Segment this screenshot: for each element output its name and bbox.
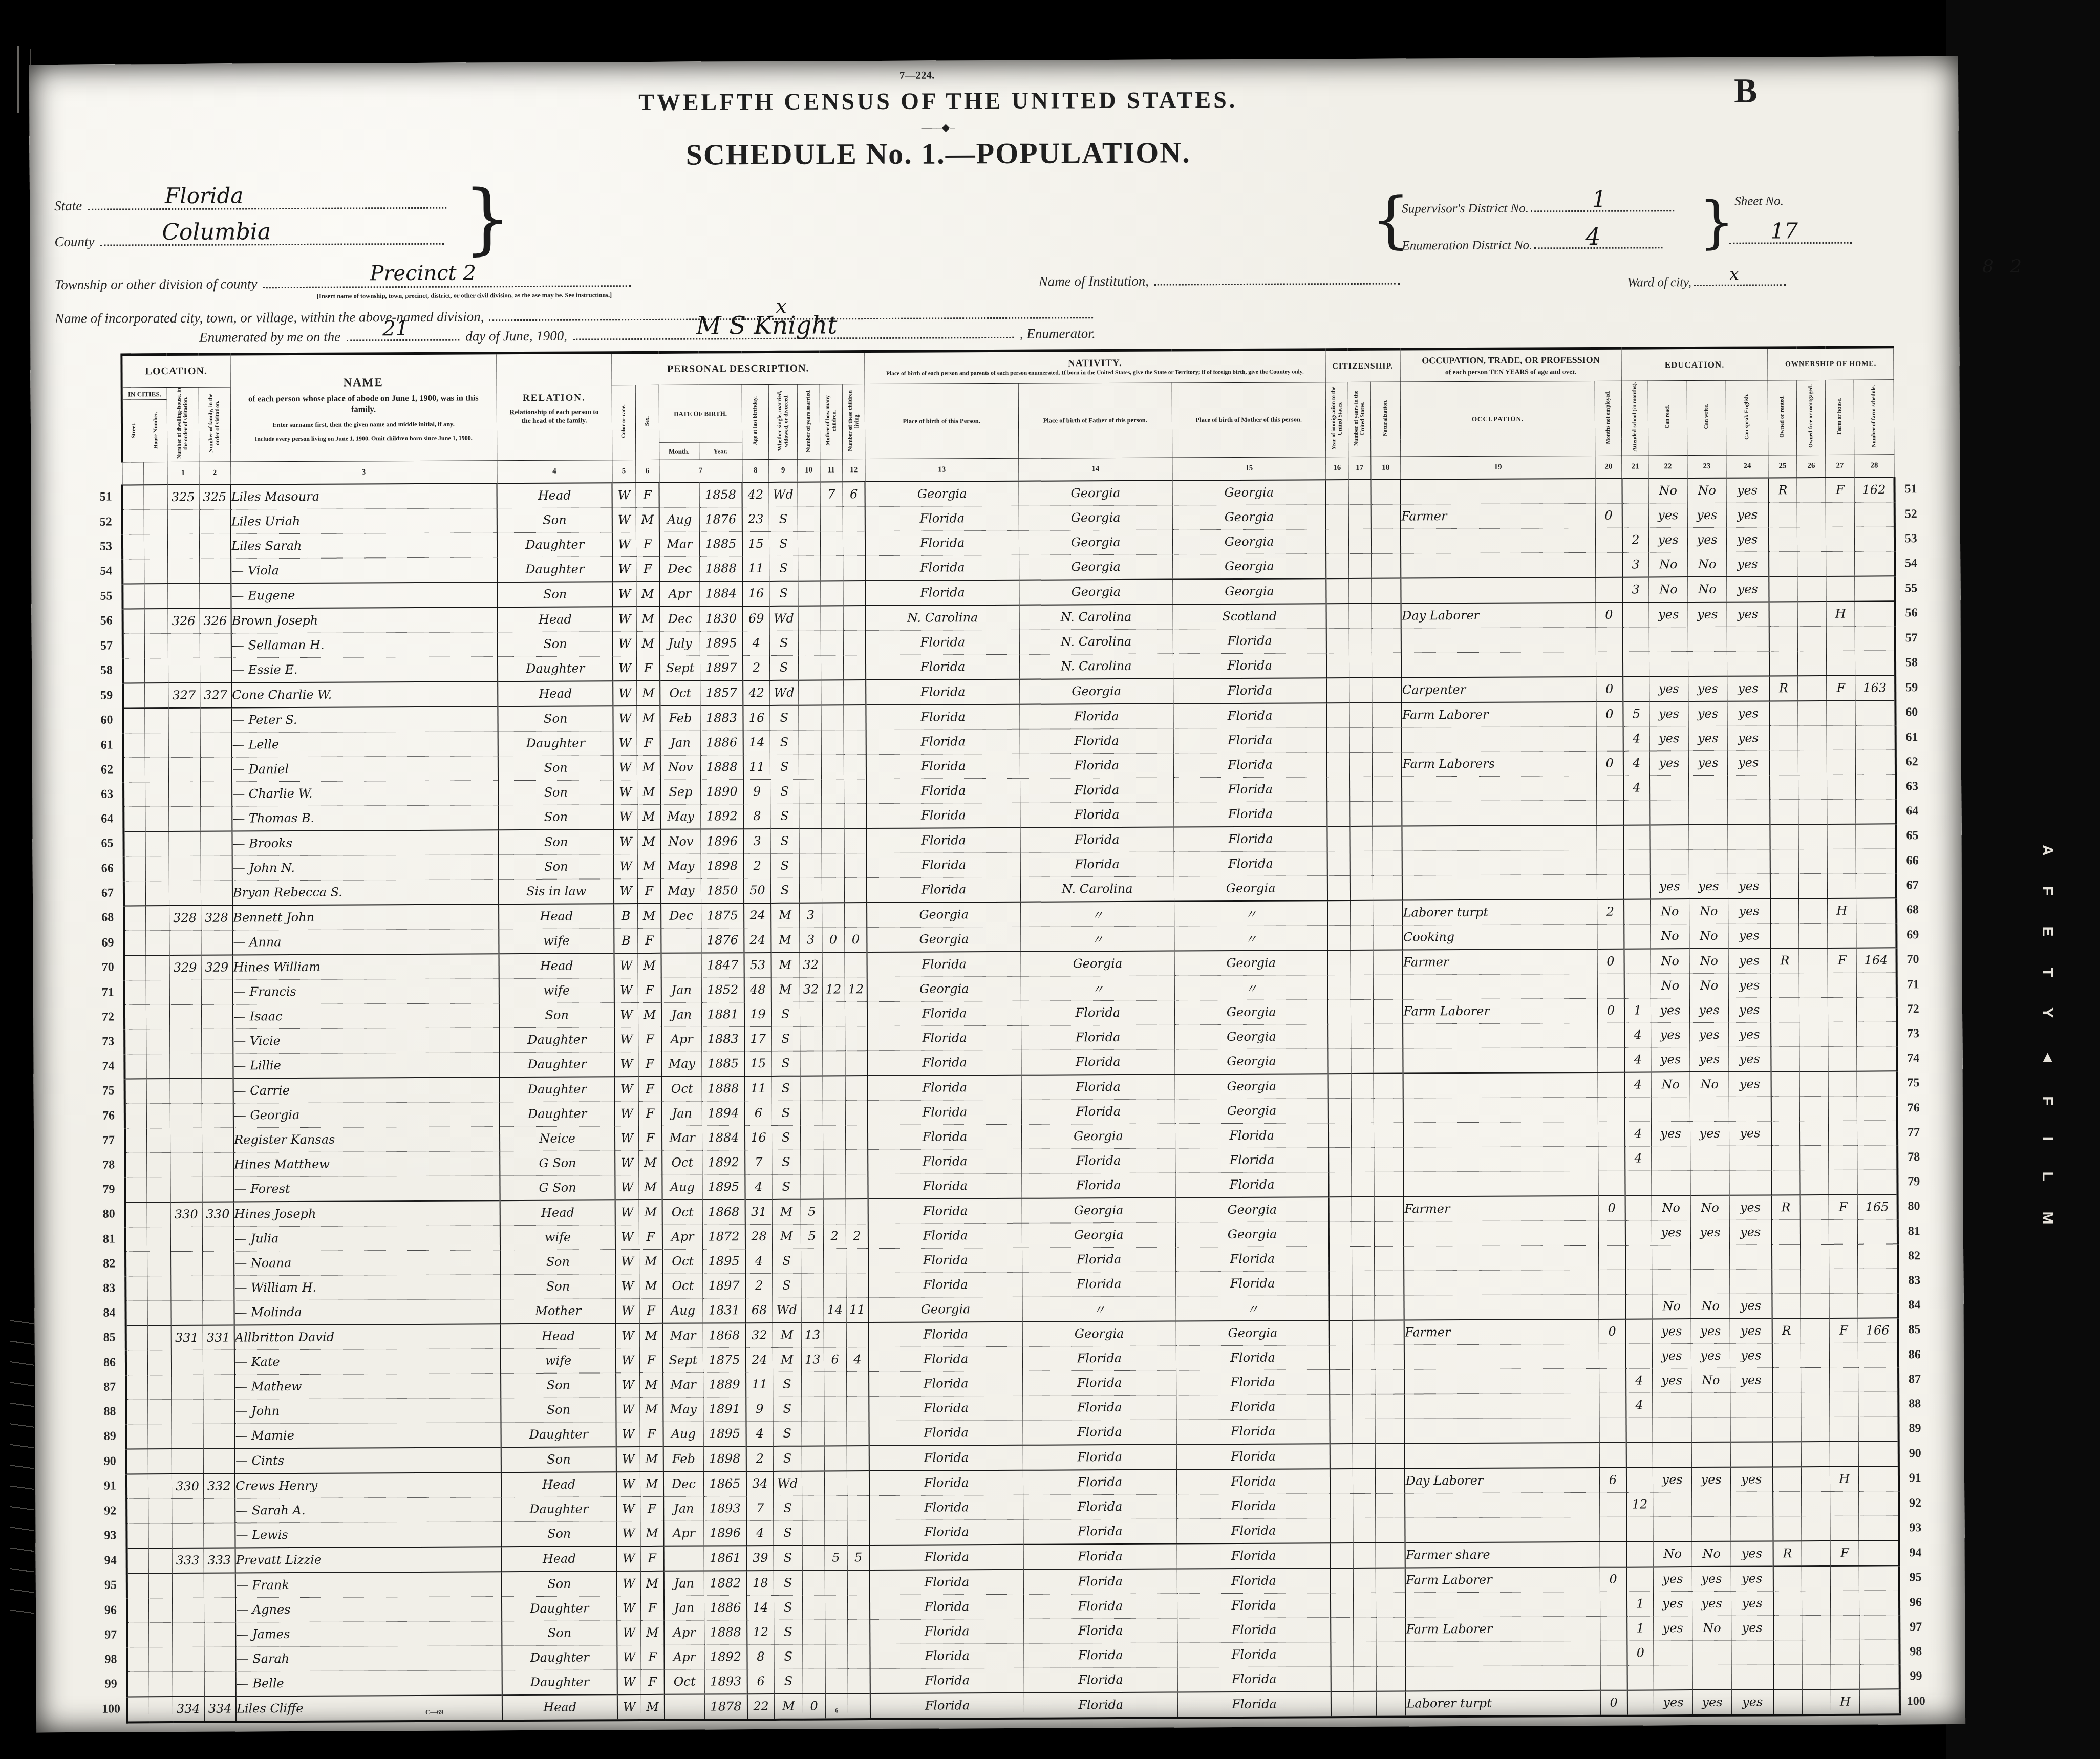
mother-birthplace: Georgia	[1176, 1320, 1330, 1346]
occupation-desc: of each person TEN YEARS of age and over…	[1400, 368, 1621, 377]
can-write	[1691, 1245, 1730, 1269]
occupation	[1402, 776, 1596, 801]
immigration-year	[1330, 1419, 1353, 1444]
immigration-year	[1328, 1048, 1351, 1074]
farm-house	[1828, 923, 1856, 948]
marital-status: S	[771, 1026, 800, 1051]
immigration-year	[1331, 1493, 1353, 1518]
naturalization	[1374, 1024, 1403, 1048]
can-read: No	[1653, 1541, 1692, 1567]
dwelling-number: 327	[168, 682, 200, 707]
immigration-year	[1331, 1642, 1354, 1666]
column-number: 23	[1687, 455, 1726, 478]
family-number: 330	[202, 1202, 234, 1227]
immigration-year	[1326, 553, 1349, 578]
row-number: 97	[95, 1622, 127, 1647]
can-read: yes	[1654, 1690, 1692, 1715]
can-speak-english: yes	[1727, 551, 1769, 576]
relation: Son	[497, 582, 612, 607]
sex: M	[636, 631, 660, 656]
family-number	[200, 831, 232, 856]
street	[125, 1251, 147, 1276]
age: 4	[747, 1520, 774, 1546]
father-birthplace: N. Carolina	[1020, 876, 1174, 902]
free-mortgaged	[1799, 1046, 1828, 1071]
months-not-employed	[1596, 627, 1622, 652]
immigration-year	[1327, 875, 1350, 900]
free-mortgaged	[1802, 1640, 1831, 1664]
row-number: 51	[1894, 477, 1926, 502]
person-name: Liles Masoura	[231, 483, 497, 509]
months-not-employed	[1598, 1171, 1625, 1196]
owned-rented	[1770, 873, 1798, 898]
dwelling-number	[171, 1375, 203, 1399]
mother-birthplace: Florida	[1176, 1493, 1330, 1518]
farm-house	[1826, 527, 1855, 551]
relation: Daughter	[500, 1077, 615, 1102]
owned-rented	[1771, 1219, 1800, 1244]
street	[125, 1202, 147, 1227]
mother-birthplace: Georgia	[1172, 553, 1326, 579]
row-number: 83	[1898, 1268, 1930, 1293]
street	[126, 1399, 147, 1424]
row-number: 100	[96, 1697, 127, 1722]
row-number: 60	[1895, 700, 1927, 725]
mother-birthplace: Georgia	[1175, 1074, 1328, 1099]
color: W	[616, 1298, 639, 1323]
owned-rented	[1772, 1392, 1801, 1417]
can-write: yes	[1688, 602, 1727, 627]
relation: G Son	[500, 1175, 615, 1200]
row-number: 88	[1898, 1391, 1931, 1416]
can-speak-english: yes	[1730, 1367, 1772, 1392]
sex: M	[636, 581, 660, 606]
can-speak-english	[1730, 1417, 1772, 1442]
years-in-us	[1353, 1518, 1376, 1543]
relation: Daughter	[499, 1027, 614, 1052]
age: 42	[743, 680, 769, 705]
relation: Head	[497, 483, 612, 508]
family-number: 334	[204, 1696, 236, 1722]
age: 11	[745, 1076, 772, 1101]
marital-status: S	[770, 730, 799, 755]
occupation	[1402, 850, 1597, 875]
sex: F	[641, 1669, 665, 1694]
immigration-year	[1326, 529, 1348, 553]
house-number	[144, 658, 168, 683]
farm-schedule-number: 164	[1856, 948, 1896, 973]
years-in-us	[1353, 1568, 1376, 1593]
table-body: 51325325Liles MasouraHeadWF185842Wd76Geo…	[90, 477, 1932, 1723]
birth-month: Mar	[662, 1126, 702, 1150]
owned-rented	[1773, 1640, 1802, 1664]
years-in-us	[1352, 1345, 1375, 1369]
naturalization	[1376, 1642, 1406, 1666]
school-months: 5	[1623, 701, 1649, 726]
birth-month: May	[661, 878, 701, 904]
farm-house	[1826, 576, 1855, 601]
children-living	[843, 531, 865, 555]
school-months: 4	[1623, 726, 1649, 750]
dwelling-number	[172, 1647, 204, 1671]
street	[122, 485, 143, 510]
can-speak-english: yes	[1730, 1343, 1772, 1367]
sex: M	[637, 804, 660, 829]
can-speak-english: yes	[1726, 502, 1768, 527]
row-number: 81	[1897, 1219, 1930, 1243]
sex: M	[637, 903, 661, 928]
years-married	[800, 1076, 823, 1101]
immigration-year	[1328, 999, 1351, 1024]
sex: F	[636, 532, 659, 556]
can-write: yes	[1692, 1566, 1731, 1591]
sex: F	[636, 482, 659, 507]
marital-status: M	[772, 1224, 801, 1249]
farm-house: F	[1830, 1540, 1859, 1565]
row-number: 57	[1895, 626, 1927, 650]
occupation	[1402, 800, 1597, 826]
mother-of-children	[820, 506, 843, 531]
color: W	[616, 1472, 640, 1497]
occupation	[1403, 1047, 1598, 1073]
farm-house	[1828, 1022, 1857, 1046]
county-label: County	[54, 234, 94, 249]
can-read: yes	[1649, 676, 1688, 701]
birth-month: July	[660, 631, 700, 656]
row-number: 70	[1896, 948, 1928, 973]
years-married: 3	[799, 903, 822, 928]
relation: Daughter	[499, 1052, 614, 1077]
age: 53	[744, 952, 771, 977]
dwelling-number	[167, 534, 199, 559]
can-speak-english: yes	[1728, 873, 1770, 898]
person-name: — Cints	[235, 1447, 501, 1473]
row-number: 82	[94, 1251, 125, 1276]
dwelling-number: 331	[171, 1325, 203, 1350]
birthplace: Florida	[865, 506, 1019, 531]
person-name: — John N.	[232, 854, 499, 880]
family-number	[203, 1498, 235, 1523]
color: B	[614, 928, 637, 953]
relation: wife	[499, 928, 614, 953]
mother-birthplace: Georgia	[1174, 1024, 1328, 1049]
dwelling-number	[169, 856, 201, 881]
house-number	[149, 1697, 173, 1722]
age: 15	[745, 1051, 772, 1076]
owned-rented	[1768, 502, 1797, 527]
farm-house	[1828, 1096, 1857, 1121]
can-speak-english: yes	[1729, 1071, 1771, 1097]
school-months: 4	[1624, 1072, 1651, 1097]
age: 68	[746, 1298, 773, 1323]
color: W	[614, 1002, 638, 1027]
age-header: Age at last birthday.	[742, 384, 769, 459]
birth-year: 1891	[703, 1397, 746, 1421]
farm-house	[1827, 775, 1856, 799]
sex: M	[640, 1620, 664, 1645]
city-label: Name of incorporated city, town, or vill…	[55, 309, 484, 326]
state-line: Florida	[88, 192, 446, 210]
children-living: 12	[845, 977, 867, 1001]
county-line: Columbia	[100, 228, 444, 246]
street	[125, 1276, 147, 1300]
months-not-employed: 0	[1595, 503, 1622, 528]
family-number	[203, 1424, 234, 1449]
years-in-us	[1353, 1593, 1376, 1617]
years-in-us	[1354, 1617, 1376, 1642]
owned-rented	[1773, 1491, 1802, 1516]
marital-status: S	[769, 655, 798, 680]
dwelling-number	[169, 930, 201, 955]
marital-status: M	[771, 977, 800, 1002]
mother-of-children: 0	[822, 927, 845, 952]
row-number: 55	[1895, 576, 1927, 601]
years-married: 5	[801, 1224, 823, 1248]
schedule-title: SCHEDULE No. 1.—POPULATION.	[30, 133, 1847, 175]
farm-house: H	[1826, 601, 1855, 626]
sex: F	[638, 1126, 662, 1150]
years-married	[800, 1026, 822, 1050]
age: 24	[744, 928, 771, 953]
row-number: 56	[1895, 601, 1927, 626]
birth-month: Apr	[660, 581, 700, 606]
row-number: 54	[91, 559, 122, 584]
school-months	[1624, 924, 1651, 949]
can-read: yes	[1651, 998, 1689, 1022]
owned-rented	[1773, 1516, 1802, 1541]
free-mortgaged	[1797, 502, 1826, 527]
months-not-employed: 0	[1597, 949, 1624, 974]
enumerator-line: M S Knight	[573, 324, 1014, 340]
column-number: 17	[1348, 457, 1371, 479]
occupation: Farm Laborer	[1402, 701, 1596, 727]
row-number: 62	[92, 757, 123, 782]
birthplace: Florida	[868, 1124, 1021, 1149]
relation: Head	[500, 1200, 615, 1225]
age: 22	[747, 1693, 774, 1719]
birth-year: 1852	[701, 977, 744, 1002]
can-write: yes	[1691, 1318, 1730, 1343]
mother-birthplace: Georgia	[1175, 1048, 1328, 1074]
ward-line: x	[1694, 272, 1786, 286]
relation: Son	[501, 1521, 616, 1546]
relation: Son	[497, 507, 612, 532]
marital-status: S	[772, 1076, 800, 1101]
farm-house	[1830, 1417, 1858, 1442]
birth-month: Feb	[663, 1446, 703, 1471]
relation: Daughter	[500, 1101, 615, 1126]
farm-schedule-number	[1859, 1689, 1899, 1714]
father-birthplace: Florida	[1024, 1667, 1177, 1692]
row-number: 93	[95, 1523, 126, 1548]
birth-year: 1892	[702, 1150, 745, 1174]
row-number: 71	[1896, 972, 1928, 997]
row-number: 59	[1895, 675, 1927, 700]
age: 18	[747, 1570, 774, 1595]
family-number: 332	[203, 1473, 235, 1498]
can-read: yes	[1649, 750, 1688, 775]
years-in-us	[1349, 653, 1372, 678]
free-mortgaged	[1798, 750, 1827, 775]
mother-birthplace: Florida	[1177, 1691, 1331, 1718]
birthplace: Georgia	[867, 902, 1020, 927]
person-name: — Charlie W.	[232, 780, 498, 806]
enum-district-line: 4	[1534, 233, 1662, 249]
immigration-year	[1327, 727, 1349, 752]
farm-schedule-number: 163	[1855, 675, 1895, 700]
birthplace: Florida	[870, 1643, 1024, 1668]
farm-house: H	[1831, 1689, 1859, 1714]
street	[124, 1004, 146, 1029]
father-birthplace: Florida	[1020, 802, 1174, 827]
occupation	[1403, 1023, 1598, 1048]
occupation	[1405, 1592, 1600, 1617]
person-name: — Lewis	[235, 1521, 501, 1548]
can-speak-english: yes	[1729, 1219, 1771, 1244]
can-read: yes	[1652, 1220, 1690, 1245]
color: W	[617, 1645, 641, 1669]
street	[123, 757, 145, 782]
can-write	[1692, 1640, 1731, 1665]
color: W	[615, 1200, 639, 1225]
farm-house	[1829, 1219, 1857, 1244]
occupation: Farmer	[1401, 503, 1595, 529]
house-number	[147, 1350, 171, 1375]
naturalization	[1372, 677, 1402, 702]
free-mortgaged	[1799, 973, 1828, 997]
person-name: Bennett John	[232, 904, 499, 930]
can-speak-english	[1728, 824, 1770, 849]
years-in-us	[1349, 677, 1372, 702]
house-number	[147, 1202, 170, 1227]
column-number: 26	[1797, 455, 1826, 477]
mother-of-children: 12	[822, 977, 845, 1001]
age: 48	[744, 977, 771, 1002]
owned-rented	[1770, 923, 1799, 948]
children-living	[844, 828, 867, 853]
school-months	[1622, 503, 1648, 527]
naturalization	[1372, 653, 1401, 678]
family-number: 327	[200, 682, 231, 707]
sex: M	[641, 1694, 665, 1720]
school-months	[1625, 1195, 1652, 1220]
naturalization	[1374, 1073, 1403, 1098]
color: W	[614, 1027, 638, 1052]
father-birthplace: Georgia	[1019, 678, 1173, 704]
years-married	[802, 1570, 825, 1595]
birth-year: 1884	[702, 1125, 745, 1150]
mother-of-children	[823, 1050, 845, 1076]
farm-schedule-number	[1855, 749, 1895, 774]
can-read-header: Can read.	[1648, 381, 1687, 456]
occupation: Day Laborer	[1405, 1467, 1599, 1493]
day-line: 21	[347, 326, 459, 341]
dwelling-number: 329	[169, 955, 201, 980]
person-name: — Sellaman H.	[231, 632, 498, 657]
dwelling-number	[170, 1078, 202, 1103]
row-number: 87	[1898, 1367, 1931, 1391]
relation-desc: Relationship of each person to the head …	[497, 407, 612, 425]
years-married	[802, 1595, 825, 1619]
birthplace: Florida	[868, 1149, 1021, 1174]
column-number: 25	[1768, 455, 1797, 478]
school-months: 12	[1626, 1492, 1653, 1516]
can-write: No	[1691, 1368, 1730, 1392]
family-number	[201, 1054, 233, 1079]
mother-of-children	[821, 730, 844, 754]
can-read	[1653, 1442, 1691, 1467]
farm-schedule-number	[1859, 1639, 1899, 1664]
farm-house	[1828, 997, 1857, 1022]
occupation: Farm Laborer	[1405, 1567, 1600, 1592]
age: 8	[747, 1644, 774, 1669]
can-write	[1692, 1492, 1731, 1516]
family-number	[200, 733, 232, 757]
occupation	[1404, 1270, 1599, 1295]
sex: M	[639, 1249, 662, 1274]
free-mortgaged	[1802, 1491, 1830, 1516]
marital-status: S	[772, 1125, 800, 1150]
can-read	[1654, 1665, 1692, 1690]
color: W	[617, 1694, 641, 1720]
farm-schedule-number	[1856, 923, 1896, 948]
pob-person-header: Place of birth of this Person.	[865, 383, 1019, 459]
years-in-us	[1353, 1419, 1375, 1444]
birth-month	[661, 928, 701, 953]
can-read	[1652, 1146, 1690, 1170]
sex: F	[638, 1052, 662, 1077]
can-write: No	[1689, 898, 1728, 924]
can-write: No	[1690, 1195, 1729, 1220]
person-name: — Vicie	[233, 1027, 499, 1053]
relation: Son	[499, 1002, 614, 1027]
birth-month: Oct	[662, 1249, 702, 1274]
color: W	[614, 829, 637, 854]
person-name: — Molinda	[234, 1299, 500, 1325]
birth-year: 1878	[704, 1694, 747, 1720]
marital-status: S	[770, 828, 799, 853]
mother-of-children	[822, 1026, 845, 1050]
farm-house	[1830, 1441, 1858, 1466]
years-married: 13	[801, 1322, 824, 1347]
person-name: — William H.	[234, 1274, 500, 1300]
farm-house	[1827, 824, 1856, 849]
census-title: TWELFTH CENSUS OF THE UNITED STATES.	[29, 83, 1847, 118]
can-speak-english: yes	[1727, 725, 1769, 750]
can-write	[1692, 1516, 1731, 1541]
years-in-us	[1350, 851, 1373, 875]
farm-schedule-number	[1857, 1046, 1897, 1071]
house-number	[145, 782, 168, 806]
relation: Head	[498, 607, 613, 632]
row-number: 92	[95, 1498, 126, 1523]
supervisor-line: 1	[1531, 197, 1674, 212]
family-number	[200, 658, 231, 683]
birthplace: Florida	[867, 852, 1020, 877]
color: W	[615, 1077, 638, 1102]
children-living	[845, 1149, 868, 1174]
house-number	[144, 509, 167, 534]
immigration-year	[1328, 925, 1351, 950]
birth-year: 1897	[702, 1273, 745, 1298]
birth-year: 1889	[703, 1372, 746, 1397]
institution-line	[1154, 270, 1400, 286]
color: W	[612, 532, 636, 556]
age: 23	[742, 507, 769, 531]
row-number: 86	[94, 1350, 126, 1375]
color: W	[616, 1397, 639, 1422]
occupation: Laborer turpt	[1406, 1690, 1600, 1717]
